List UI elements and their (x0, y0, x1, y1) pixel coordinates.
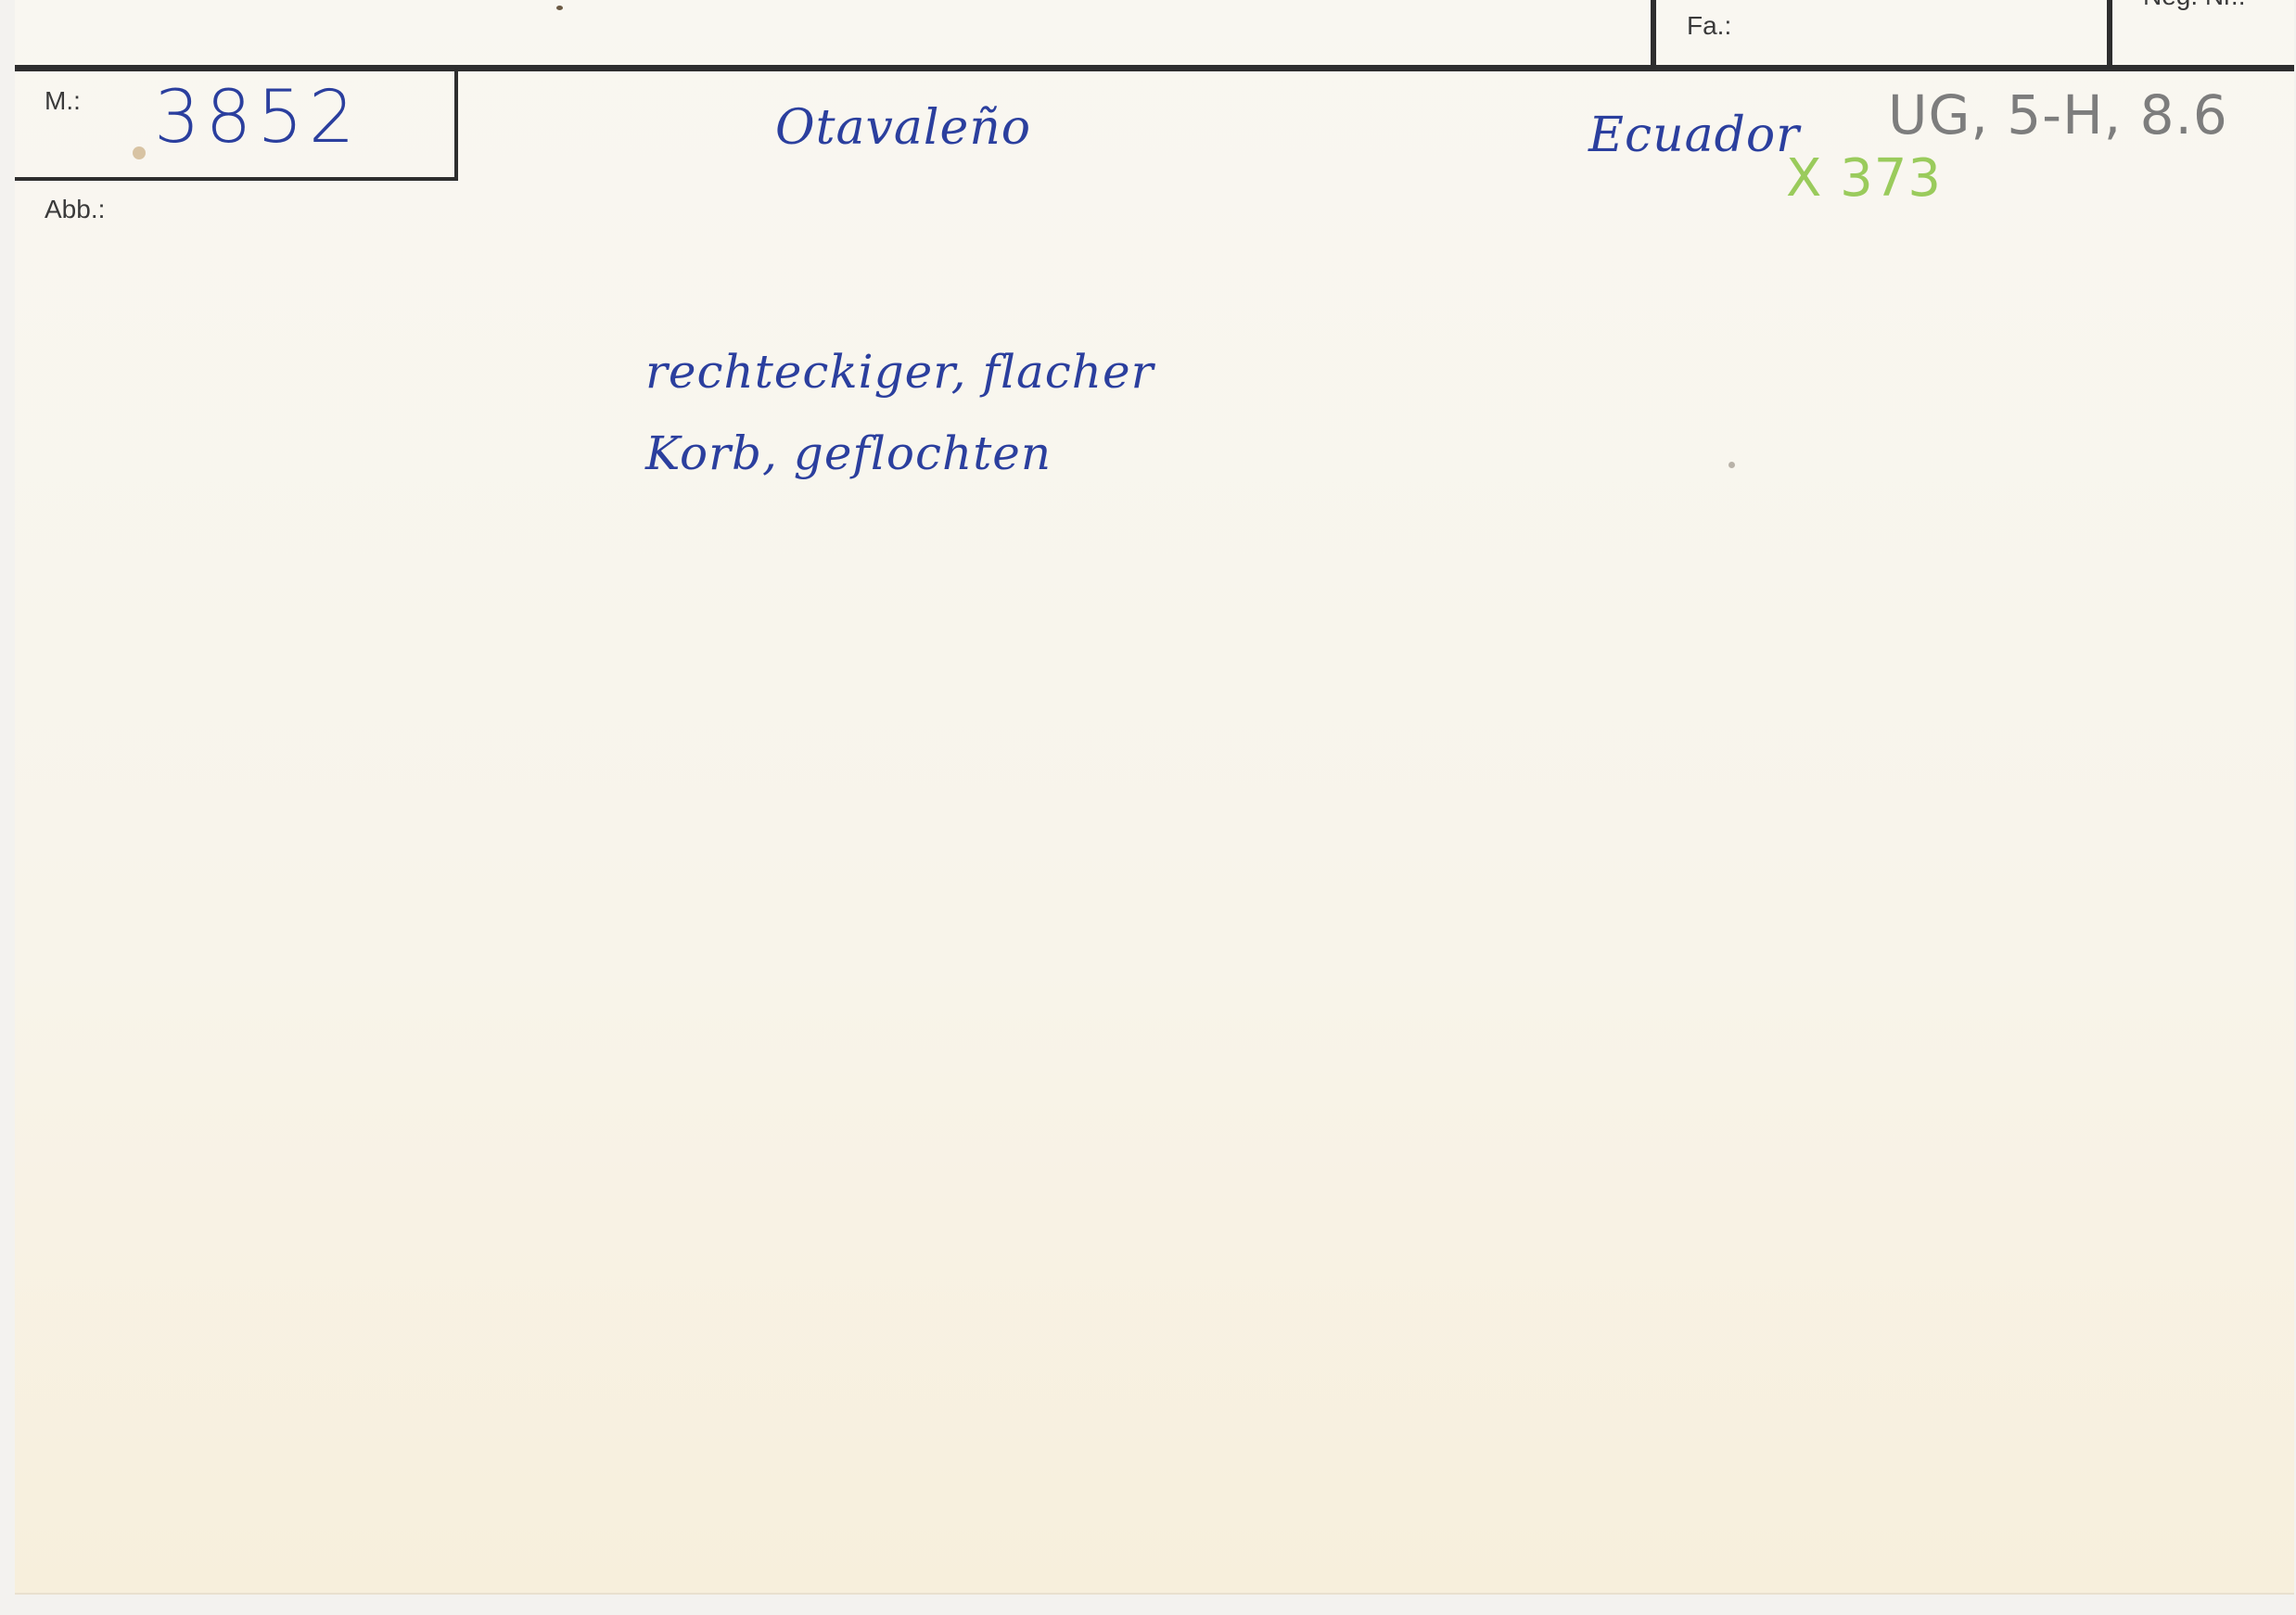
country: Ecuador (1588, 108, 1800, 163)
fa-label: Fa.: (1687, 11, 1731, 41)
pencil-location-code: UG, 5-H, 8.6 (1888, 83, 2228, 146)
m-number: 3852 (154, 76, 361, 159)
green-code: X 373 (1786, 148, 1942, 209)
abb-label: Abb.: (45, 195, 105, 224)
description-line-2: Korb, geflochten (645, 426, 1052, 480)
top-rule (15, 65, 2294, 71)
m-box-right (454, 65, 458, 180)
fa-box-left (1651, 0, 1656, 71)
catalog-card: Fa.: Neg. Nr.: M.: 3852 Abb.: Otavaleño … (15, 0, 2294, 1595)
speck-dot (1728, 462, 1735, 468)
m-label: M.: (45, 86, 81, 116)
description-line-1: rechteckiger, flacher (645, 345, 1154, 399)
speck-dot (556, 6, 563, 10)
fa-box-right (2107, 0, 2112, 71)
m-box-bottom (15, 177, 458, 181)
group-name: Otavaleño (775, 100, 1031, 156)
stain-dot (133, 146, 146, 159)
neg-nr-label: Neg. Nr.: (2143, 0, 2245, 11)
